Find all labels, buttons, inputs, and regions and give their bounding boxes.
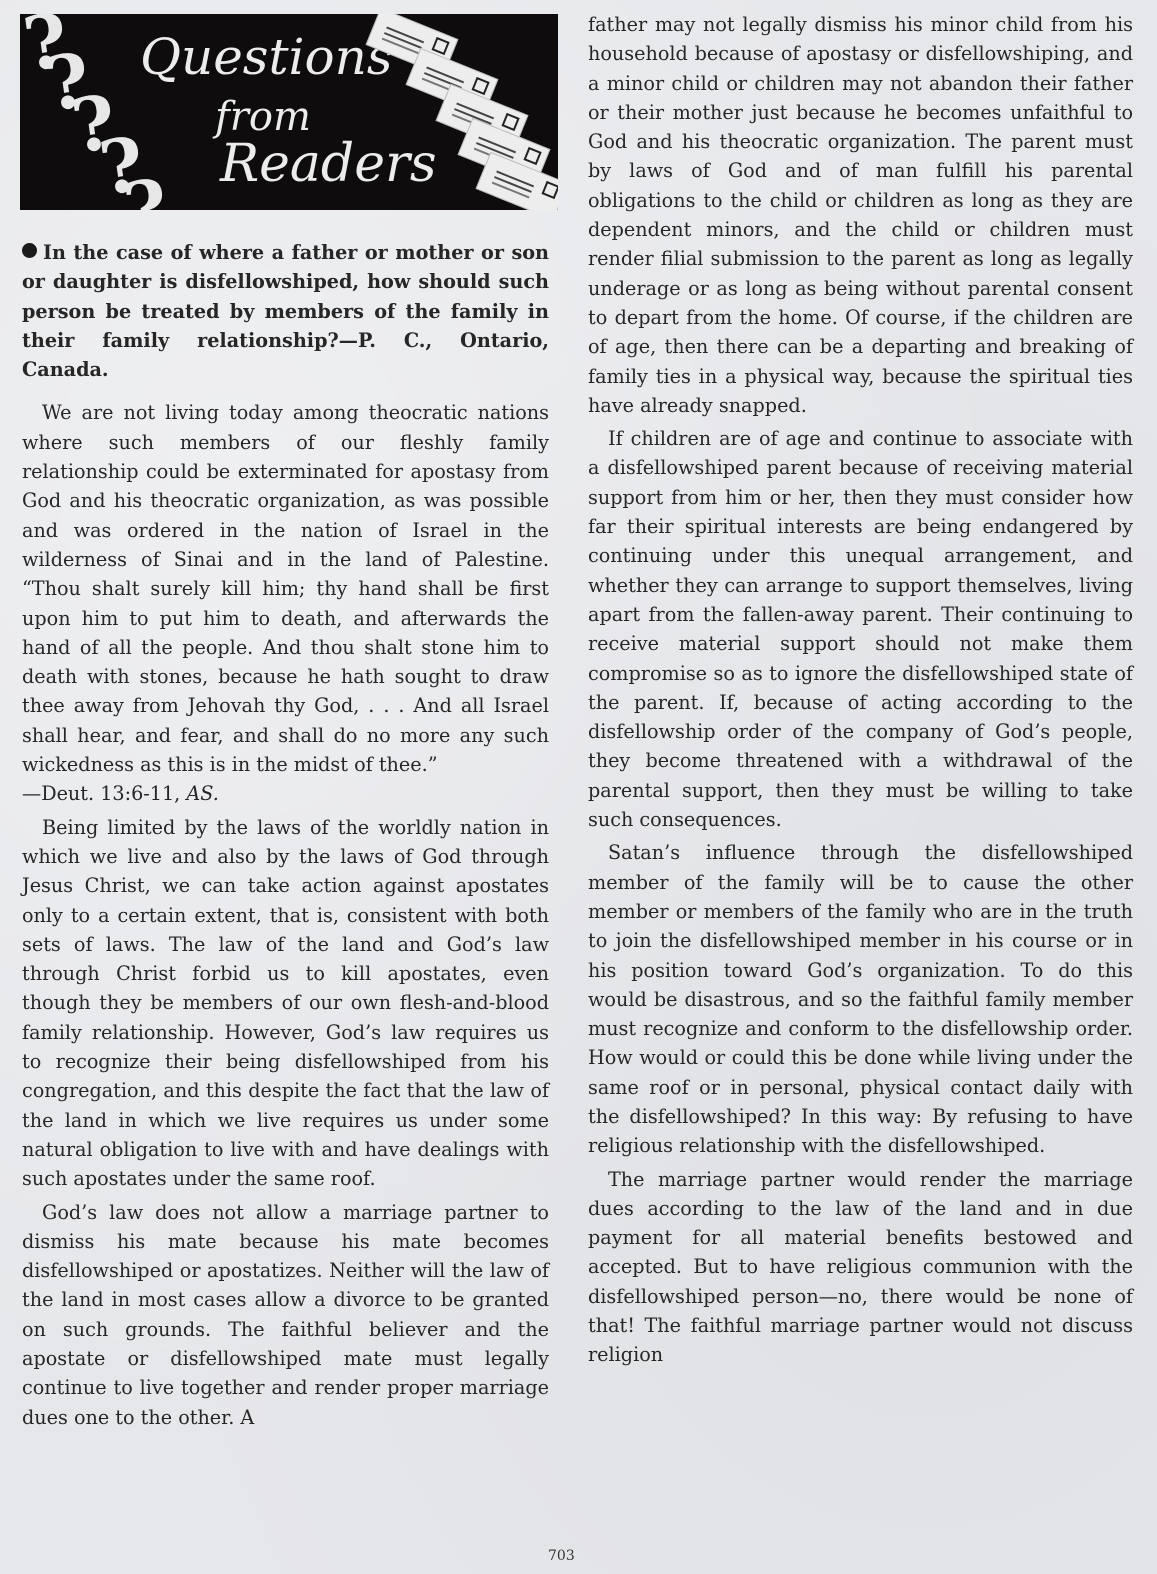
bible-version: AS. xyxy=(186,782,218,805)
answer-paragraph-2: Being limited by the laws of the worldly… xyxy=(22,813,549,1194)
envelope-icon xyxy=(350,14,558,210)
answer-paragraph-5: If children are of age and continue to a… xyxy=(588,424,1133,834)
questions-from-readers-banner: ? ? ? ? ? Questions from Readers xyxy=(20,14,558,210)
left-column: In the case of where a father or mother … xyxy=(22,238,549,1432)
question-text: In the case of where a father or mother … xyxy=(22,241,549,381)
page-number: 703 xyxy=(548,1548,575,1564)
magazine-page: ? ? ? ? ? Questions from Readers In the … xyxy=(0,0,1157,1574)
answer-paragraph-1: We are not living today among theocratic… xyxy=(22,398,549,808)
scripture-reference: —Deut. 13:6-11, xyxy=(22,782,186,805)
answer-paragraph-6: Satan’s influence through the disfellows… xyxy=(588,838,1133,1160)
right-column: father may not legally dismiss his minor… xyxy=(588,10,1133,1370)
bullet-icon xyxy=(22,243,37,258)
reader-question: In the case of where a father or mother … xyxy=(22,238,549,384)
answer-paragraph-4: father may not legally dismiss his minor… xyxy=(588,10,1133,420)
answer-paragraph-3: God’s law does not allow a marriage part… xyxy=(22,1198,549,1432)
answer-paragraph-7: The marriage partner would render the ma… xyxy=(588,1165,1133,1370)
